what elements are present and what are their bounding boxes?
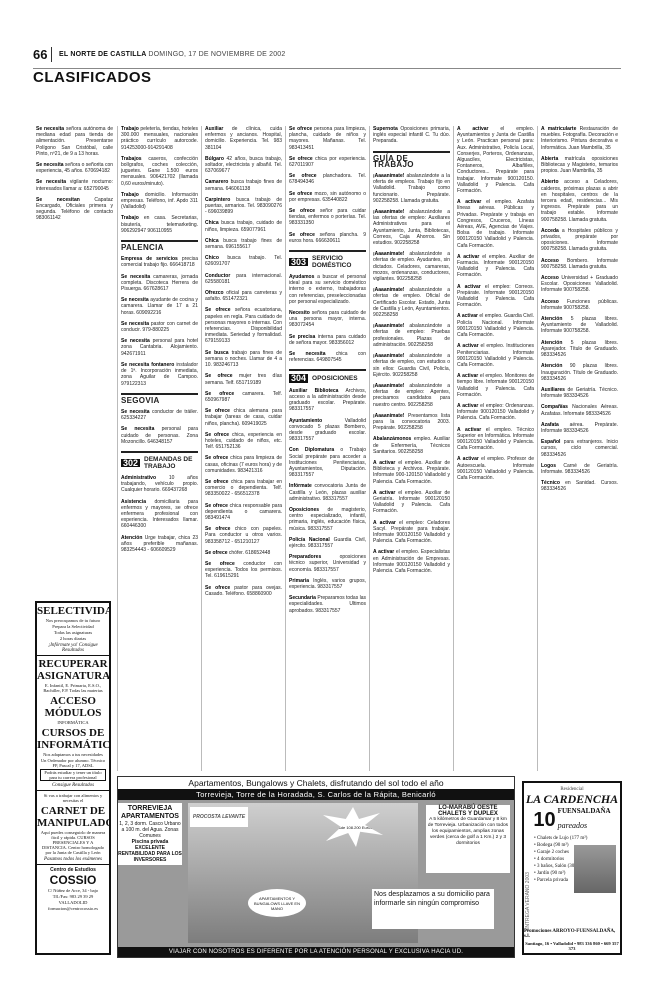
classified-ad: Se ofrece chica para trabajar en comerci… xyxy=(205,479,282,498)
ad-lead: ¡Aaaanímate! xyxy=(373,353,404,359)
classified-ad: A activar el empleo: Celadores Sacyl. Pr… xyxy=(373,520,450,545)
feature-text: 4 dormitorios xyxy=(537,857,564,862)
classified-ad: Acceda a Hospitales públicos y privados,… xyxy=(541,228,618,253)
classified-ad: Se necesita señora o señorita con experi… xyxy=(36,162,113,174)
classified-ad: A activar el empleo. Técnico Superior en… xyxy=(457,427,534,452)
ad-headline: RECUPERAR ASIGNATURAS xyxy=(37,658,109,682)
ad-lead: A activar xyxy=(457,313,478,319)
classified-ad: Se necesita conductor de tráiler. 625334… xyxy=(121,409,198,421)
classified-ad: Búlgaro 42 años, busca trabajo, soltador… xyxy=(205,156,282,175)
ad-text: el empleo. Azafata líneas aéreas. Públic… xyxy=(457,199,534,248)
ad-lead: Acceso xyxy=(541,299,559,305)
classified-ad: Se necesitan Capataz Encargado, Oficiale… xyxy=(36,197,113,222)
classified-ad: A matricularte Restauración de muebles. … xyxy=(541,126,618,151)
ad-headline: CARNET DE MANIPULADOR xyxy=(37,805,109,829)
ad-lead: Se ofrece xyxy=(289,191,312,197)
ad-lead: Se ofrece xyxy=(205,373,233,379)
ad-text: E. Infantil, E. Primaria, E.S.O., Bachil… xyxy=(40,683,106,693)
ad-text: Si vas a trabajar con alimentos y necesi… xyxy=(40,793,106,803)
delivery-date: ENTREGA VERANO 2003 xyxy=(525,841,533,931)
ad-text: abalanzándote a las ofertas de empleo: A… xyxy=(373,209,450,246)
ad-text: señora ecuatoriana, papeles en regla. Pa… xyxy=(205,307,282,344)
classified-ad: Trabajo en casa. Secretarias, bisutería,… xyxy=(121,215,198,234)
ad-lead: A activar xyxy=(457,456,479,462)
classified-ad: ¡Aaaanímate! abalanzándote a ofertas de … xyxy=(373,353,450,378)
classified-ad: A activar el empleo. Profesor de Autoesc… xyxy=(457,456,534,481)
feature-text: Chalets de Lujo (177 m²) xyxy=(537,836,587,841)
ad-lead: Infórmate xyxy=(289,483,312,489)
ad-lead: Se necesita fontanero xyxy=(121,362,174,368)
classified-ad: Se necesita ayudante de cocina y camarer… xyxy=(121,297,198,316)
ad-lead: Logos xyxy=(541,463,556,469)
classified-ad: Acceso Funciones públicas. Informate 900… xyxy=(541,299,618,311)
cardencha-type: pareados xyxy=(558,821,587,830)
ad-lead: Abierta xyxy=(541,156,558,162)
classified-ad: Se ofrece conductor con experiencia. Tod… xyxy=(205,561,282,580)
classified-ad: Se ofrece chica alemana para trabajar (t… xyxy=(205,408,282,427)
ad-tagline: Consigue Resultados xyxy=(37,783,109,791)
classified-ad: Se necesita pastor con carnet de conduci… xyxy=(121,321,198,333)
classified-ad: Se ofrece chica responsable para dependi… xyxy=(205,503,282,522)
column-7: A matricularte Restauración de muebles. … xyxy=(537,126,621,771)
newspaper-title: EL NORTE DE CASTILLA xyxy=(59,51,146,58)
page-number: 66 xyxy=(33,47,52,62)
classified-ad: Necesito señora para cuidado de una pers… xyxy=(289,310,366,329)
classified-ad: Se ofrece persona para limpieza, plancha… xyxy=(289,126,366,151)
section-heading-text: DEMANDAS DE TRABAJO xyxy=(144,456,198,470)
banner-footer: VIAJAR CON NOSOTROS ES DIFERENTE POR LA … xyxy=(118,947,514,957)
classified-ad: A activar el empleo. Especialistas en Ad… xyxy=(373,549,450,574)
banner-right-panel: LO-MARABÚ OESTE CHALETS Y DUPLEX A 5 kil… xyxy=(426,805,510,873)
ad-lead: Se necesita xyxy=(121,409,150,415)
ad-lead: Se necesita xyxy=(36,126,64,132)
classified-ad: ¡Aaaanímate! abalanzándote a ofertas de … xyxy=(373,287,450,318)
classified-ad: Acceso Bombero. Informate 900758258. Lla… xyxy=(541,258,618,270)
ad-lead: Azafata xyxy=(541,422,559,428)
ad-lead: Supernota xyxy=(373,126,398,132)
classified-ad: Preparadores oposiciones técnico superio… xyxy=(289,554,366,573)
ad-text: Aquí puedes conseguirlo de manera fácil … xyxy=(40,830,106,855)
classified-ad: ¡Aaaanímate! Presentamos lista para la c… xyxy=(373,413,450,432)
classified-ad: ¡Aaaanímate! abalanzándote a la oferta d… xyxy=(373,173,450,204)
cossio-logo: Centro de EstudiosCOSSIO xyxy=(37,867,109,887)
classified-ad: Se ofrece chófer. 618652448 xyxy=(205,550,282,556)
ad-lead: A activar xyxy=(373,549,394,555)
classified-ad: Ayuntamiento Valladolid convocado 5 plaz… xyxy=(289,418,366,443)
ad-lead: Ayuntamiento xyxy=(289,418,322,424)
ad-lead: Auxiliares xyxy=(541,387,565,393)
classified-ad: Primaria Inglés, varios grupos, experien… xyxy=(289,578,366,590)
ad-lead: Se ofrece xyxy=(289,173,317,179)
classified-ad: Auxiliar de clínica, cuida enfermos y an… xyxy=(205,126,282,151)
ad-lead: Acceso xyxy=(541,258,559,264)
classified-ad: Se ofrece chico con papeles. Para conduc… xyxy=(205,526,282,545)
home-visit-note: Nos desplazamos a su domicilio para info… xyxy=(372,889,494,929)
ad-text: el empleo. Ayuntamientos y Junta de Cast… xyxy=(457,126,534,194)
property-banner-ad: Apartamentos, Bungalows y Chalets, disfr… xyxy=(117,776,515,958)
ad-lead: Carpintero xyxy=(205,197,230,203)
classified-ad: ¡Aaaanímate! abalanzándote a ofertas de … xyxy=(373,383,450,408)
house-photo xyxy=(574,845,616,893)
classified-ad: ¡Aaaanímate! abalanzándote a las ofertas… xyxy=(373,209,450,246)
ad-address: C/ Núñez de Arce, 34 - bajo xyxy=(40,888,106,893)
ad-boxnote: Podrás estudiar y tener un título para t… xyxy=(40,769,106,781)
ad-lead: Se ofrece xyxy=(289,232,315,238)
feature-text: Jardín (90 m²) xyxy=(537,871,565,876)
classified-ad: Se ofrece planchadora. Tel. 678494346 xyxy=(289,173,366,185)
ad-lead: Chico xyxy=(205,255,219,261)
classified-ad: Se necesita camareras, jornada completa.… xyxy=(121,274,198,293)
classified-ad: Se necesita vigilante nocturno: interesa… xyxy=(36,179,113,191)
ad-lead: Trabajo xyxy=(121,215,139,221)
classified-ad: Se necesita personal para cuidado de per… xyxy=(121,426,198,445)
ad-lead: Acceso xyxy=(541,275,559,281)
cossio-brand: COSSIO xyxy=(50,873,97,887)
classified-ad: Atención Urge trabajar, chica 23 años pr… xyxy=(121,535,198,554)
banner-left-highlight: Piscina privada EXCELENTE RENTABILIDAD P… xyxy=(118,839,182,863)
ad-lead: A activar xyxy=(373,490,395,496)
ad-text: Nos adaptamos a tus necesidades xyxy=(40,752,106,757)
ad-lead: A activar xyxy=(457,427,481,433)
classified-ad: Abierta matrícula oposiciones Biblioteca… xyxy=(541,156,618,175)
newspaper-name: EL NORTE DE CASTILLA DOMINGO, 17 DE NOVI… xyxy=(59,51,286,58)
classified-ad: Se busca trabajo para fines de semana o … xyxy=(205,350,282,369)
ad-lead: Se ofrece xyxy=(289,126,312,132)
ad-lead: A activar xyxy=(457,199,481,205)
section-heading: PALENCIA xyxy=(121,240,198,251)
ad-lead: Primaria xyxy=(289,578,309,584)
ad-headline: CURSOS DE INFORMÁTICA xyxy=(37,727,109,751)
classified-columns: Se necesita señora autónoma de mediana e… xyxy=(33,126,621,771)
classified-ad: Abalanzámonos empleo. Auxiliar de Enferm… xyxy=(373,436,450,455)
classified-ad: Trabajo domicilio. Información empresas.… xyxy=(121,192,198,211)
classified-ad: ¡Aaaanímate! abalanzándote a ofertas de … xyxy=(373,323,450,348)
ad-lead: Atención xyxy=(541,340,562,346)
ad-lead: Se necesita xyxy=(121,297,149,303)
classified-ad: A activar el empleo. Auxiliar de Bibliot… xyxy=(373,460,450,485)
ad-lead: Empresa de servicios xyxy=(121,256,178,262)
classified-ad: Se ofrece pastor para ovejas. Casado. Te… xyxy=(205,585,282,597)
ad-lead: ¡Aaaanímate! xyxy=(373,383,404,389)
ad-lead: Se necesita xyxy=(36,162,64,168)
classified-ad: Oposiciones de magisterio, centro especi… xyxy=(289,507,366,532)
feature-text: Garaje 2 coches xyxy=(537,850,569,855)
ad-lead: A activar xyxy=(457,403,478,409)
classified-ad: Auxiliar Biblioteca Archivos, acceso a l… xyxy=(289,388,366,413)
classified-ad: Con Diplomatura o Trabajo Social prepára… xyxy=(289,447,366,478)
ad-lead: Se ofrece xyxy=(205,408,230,414)
banner-right-text: A 5 kilómetros de Guardamar y 8 km de To… xyxy=(428,817,508,846)
banner-left-text: 1, 2, 3 dorm. Casco Urbano a 100 m. del … xyxy=(119,821,180,839)
ad-lead: Administrativo xyxy=(121,475,156,481)
ad-lead: Se ofrece xyxy=(205,432,229,438)
classified-ad: Ayudamos a buscar el personal ideal para… xyxy=(289,274,366,305)
ad-lead: Preparadores xyxy=(289,554,321,560)
ad-lead: Se necesitan xyxy=(36,197,80,203)
ad-lead: Ayudamos xyxy=(289,274,314,280)
classified-ad: Se ofrece camarera. Telf. 650967987 xyxy=(205,391,282,403)
ad-tagline: ¡Infórmate ya! Consigue Resultados xyxy=(37,643,109,656)
classified-ad: Acceso Universidad + Graduado Escolar. O… xyxy=(541,275,618,294)
section-heading: 304OPOSICIONES xyxy=(289,369,366,382)
ad-lead: Trabajo xyxy=(121,126,139,132)
cardencha-town: FUENSALDAÑA xyxy=(558,807,611,815)
banner-locations: Torrevieja, Torre de la Horadada, S. Car… xyxy=(118,789,514,800)
ad-lead: Abierto xyxy=(541,179,559,185)
classified-ad: A activar el empleo. Auxiliar de Geriatr… xyxy=(373,490,450,515)
classified-ad: A activar el empleo: Ordenanzas. Informa… xyxy=(457,403,534,422)
classified-ad: Chico busca trabajo. Tel. 626091707 xyxy=(205,255,282,267)
ad-lead: A activar xyxy=(373,460,395,466)
column-2: Trabajo peletería, tiendas, hoteles 300.… xyxy=(117,126,201,771)
ad-lead: Se precisa xyxy=(289,334,315,340)
column-3: Auxiliar de clínica, cuida enfermos y an… xyxy=(201,126,285,771)
unit-count: 10 xyxy=(533,809,555,832)
ad-phone: Tfl./Fax: 983 29 39 29 xyxy=(40,894,106,899)
ad-lead: Se ofrece xyxy=(205,550,228,556)
ad-lead: Técnico xyxy=(541,480,560,486)
classified-ad: Ofrezco oficial para carreteras y asfalt… xyxy=(205,290,282,302)
ad-lead: Atención xyxy=(121,535,142,541)
ad-lead: Chica xyxy=(205,220,219,226)
ad-lead: Trabajo xyxy=(121,192,139,198)
classified-ad: Se ofrece chica por experiencia. 6270119… xyxy=(289,156,366,168)
ad-lead: Se ofrece xyxy=(289,156,313,162)
classified-ad: Empresa de servicios precisa comercial t… xyxy=(121,256,198,268)
section-heading: GUÍA DE TRABAJO xyxy=(373,151,450,168)
section-heading: 303SERVICIO DOMÉSTICO xyxy=(289,250,366,269)
classified-ad: Atención 90 plazas libres. Inauguración.… xyxy=(541,363,618,382)
ad-lead: Ofrezco xyxy=(205,290,224,296)
classified-ad: Infórmate convocatoria Junta de Castilla… xyxy=(289,483,366,502)
cardencha-contact: Santiago, 16 • Valladolid • 983 336 860 … xyxy=(524,941,620,951)
procosta-logo: PROCOSTA LEVANTE xyxy=(190,807,248,827)
cardencha-town-block: FUENSALDAÑApareados xyxy=(558,807,611,833)
section-title: CLASIFICADOS xyxy=(33,69,152,86)
classified-ad: Se ofrece señor para cuidar tiendas, enf… xyxy=(289,208,366,227)
classified-ad: Se ofrece chica para limpieza de casas, … xyxy=(205,455,282,474)
ad-text: INFORMÁTICA xyxy=(40,720,106,725)
classified-ad: Logos Carné de Geriatría. Informate. 983… xyxy=(541,463,618,475)
ad-lead: Camarero xyxy=(205,179,228,185)
ad-lead: Atención xyxy=(541,316,562,322)
developer-name: Promociones ARROYO-FUENSALDAÑA, s.l. xyxy=(524,929,616,939)
classified-ad: Se ofrece mozo, sin autónomo o por empre… xyxy=(289,191,366,203)
ad-lead: Se necesita xyxy=(36,179,66,185)
ad-lead: Se ofrece xyxy=(205,585,230,591)
classified-ad: Camarero busca trabajo fines de semana. … xyxy=(205,179,282,191)
banner-title: Apartamentos, Bungalows y Chalets, disfr… xyxy=(118,777,514,789)
ad-lead: ¡Aaaanímate! xyxy=(373,287,404,293)
classified-ad: Supernota Oposiciones primaria, inglés e… xyxy=(373,126,450,145)
ad-lead: ¡Aaaanímate! xyxy=(373,251,404,257)
ad-lead: Se necesita xyxy=(121,321,149,327)
banner-left-title: TORREVIEJA APARTAMENTOS xyxy=(118,805,182,821)
column-5: Supernota Oposiciones primaria, inglés e… xyxy=(369,126,453,771)
ad-lead: ¡Aaaanímate! xyxy=(373,323,404,329)
ad-lead: A matricularte xyxy=(541,126,576,132)
selectividad-cossio-ad: SELECTIVIDAD Nos preocupamos de tu futur… xyxy=(35,601,111,955)
ad-lead: Auxiliar xyxy=(205,126,223,132)
classified-ad: Se necesita personal para hotel zona Can… xyxy=(121,338,198,357)
classified-ad: Se ofrece señora ecuatoriana, papeles en… xyxy=(205,307,282,344)
classified-ad: A activar el empleo. Auxiliar de Farmaci… xyxy=(457,254,534,279)
ad-lead: ¡Aaaanímate! xyxy=(373,209,404,215)
ad-lead: Se ofrece xyxy=(289,208,315,214)
ad-text: chófer. 618652448 xyxy=(229,550,270,556)
classified-ad: Carpintero busca trabajo de puertas, arm… xyxy=(205,197,282,216)
feature-text: Bodega (90 m²) xyxy=(537,843,569,848)
classified-ad: Atención 5 plazas libres. Ayuntamiento d… xyxy=(541,316,618,335)
ad-lead: A activar xyxy=(457,284,481,290)
ad-bullet: Prepara la Selectividad xyxy=(40,624,106,629)
la-cardencha-ad: Residencial LA CARDENCHA 10 FUENSALDAÑAp… xyxy=(522,781,622,955)
ad-headline: SELECTIVIDAD xyxy=(37,605,109,617)
section-heading-text: OPOSICIONES xyxy=(312,375,358,382)
ad-lead: Se necesita xyxy=(121,274,150,280)
section-number: 303 xyxy=(289,258,308,266)
ad-lead: Se necesita xyxy=(289,351,326,357)
ad-lead: Acceda xyxy=(541,228,559,234)
classified-ad: Técnico en Sanidad. Cursos. 983334526 xyxy=(541,480,618,492)
ad-lead: Se ofrece xyxy=(205,526,230,532)
ad-text: acceso a Celadores, calderos, próximas p… xyxy=(541,179,618,222)
classified-ad: Conductor para internacional. 625580181 xyxy=(205,273,282,285)
classified-ad: Chica busca trabajo, cuidado de niños, l… xyxy=(205,220,282,232)
column-1: Se necesita señora autónoma de mediana e… xyxy=(33,126,116,596)
ad-bullet: Todas las asignaturas xyxy=(40,630,106,635)
classified-ad: A activar el empleo: Correos. Prepárate.… xyxy=(457,284,534,309)
classified-ad: Se necesita chica con referencias. 64980… xyxy=(289,351,366,363)
classified-ad: A activar el empleo. Instituciones Penit… xyxy=(457,343,534,368)
ad-lead: Se ofrece xyxy=(205,391,234,397)
classified-ad: Azafata aérea. Prepárate. Informate 9833… xyxy=(541,422,618,434)
ad-headline: ACCESO MÓDULOS xyxy=(37,695,109,719)
ad-tagline: Pasamos todos los exámenes xyxy=(37,857,109,865)
classified-ad: Chica busca trabajo fines de semana. 696… xyxy=(205,238,282,250)
ad-lead: Necesito xyxy=(289,310,310,316)
ad-lead: A activar xyxy=(457,126,488,132)
ad-lead: A activar xyxy=(457,373,478,379)
section-number: 302 xyxy=(121,459,140,467)
ad-lead: A activar xyxy=(457,254,479,260)
ad-lead: Búlgaro xyxy=(205,156,224,162)
ad-lead: Se ofrece xyxy=(205,479,228,485)
classified-ad: Se ofrece señora plancha. 9 euros hora. … xyxy=(289,232,366,244)
ad-lead: Asistencia xyxy=(121,499,146,505)
section-number: 304 xyxy=(289,374,308,382)
cardencha-offer: 10 FUENSALDAÑApareados xyxy=(524,807,620,833)
ad-lead: Conductor xyxy=(205,273,230,279)
classified-ad: Atención 5 plazas libres. Aparejador. Tí… xyxy=(541,340,618,359)
section-heading: SEGOVIA xyxy=(121,393,198,404)
classified-ad: Trabajo peletería, tiendas, hoteles 300.… xyxy=(121,126,198,151)
turnkey-oval: APARTAMENTOS Y BUNGALOWS LLAVE EN MANO xyxy=(248,889,306,917)
ad-lead: Compañías xyxy=(541,404,568,410)
ad-lead: Secundaria xyxy=(289,595,316,601)
classified-ad: ¡Aaaanímate! abalanzándote a ofertas de … xyxy=(373,251,450,282)
ad-text: Un Ordenador por alumno. Técnico FP, Pas… xyxy=(40,758,106,768)
classified-ad: Español para extranjeros. Inicio cursos,… xyxy=(541,439,618,458)
column-4: Se ofrece persona para limpieza, plancha… xyxy=(285,126,369,771)
section-heading-text: SERVICIO DOMÉSTICO xyxy=(312,255,366,269)
masthead: 66 EL NORTE DE CASTILLA DOMINGO, 17 DE N… xyxy=(33,46,621,69)
ad-lead: Se ofrece xyxy=(205,561,235,567)
classified-ad: A activar el empleo. Monitores de tiempo… xyxy=(457,373,534,398)
ad-lead: Se ofrece xyxy=(205,503,228,509)
classified-ad: A activar el empleo. Ayuntamientos y Jun… xyxy=(457,126,534,194)
classified-ad: Se ofrece mujer tres días semana. Telf. … xyxy=(205,373,282,385)
ad-lead: Chica xyxy=(205,238,219,244)
classified-ad: Se necesita fontanero instalador de 1ª. … xyxy=(121,362,198,387)
classified-ad: Policía Nacional Guardia Civil, ejército… xyxy=(289,537,366,549)
ad-lead: Se necesita xyxy=(121,426,154,432)
column-6: A activar el empleo. Ayuntamientos y Jun… xyxy=(453,126,537,771)
ad-lead: Oposiciones xyxy=(289,507,319,513)
classified-ad: Asistencia domiciliaria para enfermos y … xyxy=(121,499,198,530)
classified-ad: Secundaria Preparamos todas las especial… xyxy=(289,595,366,614)
ad-lead: Policía Nacional xyxy=(289,537,330,543)
cardencha-name: LA CARDENCHA xyxy=(524,792,620,807)
ad-city: VALLADOLID xyxy=(40,900,106,905)
banner-right-title: LO-MARABÚ OESTE CHALETS Y DUPLEX xyxy=(426,805,510,817)
ad-lead: Trabajos xyxy=(121,156,142,162)
feature-text: Parcela privada xyxy=(537,878,568,883)
ad-lead: A activar xyxy=(457,343,479,349)
classified-ad: Se ofrece chica, experiencia en hoteles,… xyxy=(205,432,282,451)
ad-lead: Se ofrece xyxy=(205,455,228,461)
banner-left-panel: TORREVIEJA APARTAMENTOS 1, 2, 3 dorm. Ca… xyxy=(118,803,182,865)
classified-ad: Administrativo 10 años trabajando, vehíc… xyxy=(121,475,198,494)
ad-lead: Abalanzámonos xyxy=(373,436,411,442)
ad-lead: ¡Aaaanímate! xyxy=(373,413,404,419)
classified-ad: Compañías Nacionales Aéreas. Azafatas. I… xyxy=(541,404,618,416)
ad-lead: Español xyxy=(541,439,560,445)
ad-lead: Se necesita xyxy=(121,338,150,344)
ad-lead: Con Diplomatura xyxy=(289,447,334,453)
ad-lead: Auxiliar Biblioteca xyxy=(289,388,338,394)
ad-lead: Se busca xyxy=(205,350,229,356)
ad-lead: A activar xyxy=(373,520,396,526)
ad-bullet: 2 horas diarias xyxy=(40,636,106,641)
ad-bullet: Nos preocupamos de tu futuro xyxy=(40,618,106,623)
ad-lead: Se ofrece xyxy=(205,307,230,313)
ad-lead: Atención xyxy=(541,363,562,369)
classified-ad: A activar el empleo. Guardia Civil. Poli… xyxy=(457,313,534,338)
ad-email: formacion@centrocossio.es xyxy=(40,906,106,911)
classified-ad: Se precisa interna para cuidado de señor… xyxy=(289,334,366,346)
ad-lead: ¡Aaaanímate! xyxy=(373,173,404,179)
newspaper-page: 66 EL NORTE DE CASTILLA DOMINGO, 17 DE N… xyxy=(33,46,621,952)
classified-ad: Abierto acceso a Celadores, calderos, pr… xyxy=(541,179,618,222)
classified-ad: Auxiliares de Geriatría. Técnico. Inform… xyxy=(541,387,618,399)
section-heading: 302DEMANDAS DE TRABAJO xyxy=(121,451,198,470)
issue-date: DOMINGO, 17 DE NOVIEMBRE DE 2002 xyxy=(148,51,285,58)
classified-ad: A activar el empleo. Azafata líneas aére… xyxy=(457,199,534,249)
classified-ad: Trabajos caseros, confección bolígrafos,… xyxy=(121,156,198,187)
classified-ad: Se necesita señora autónoma de mediana e… xyxy=(36,126,113,157)
feature-item: • Chalets de Lujo (177 m²) xyxy=(534,835,620,842)
